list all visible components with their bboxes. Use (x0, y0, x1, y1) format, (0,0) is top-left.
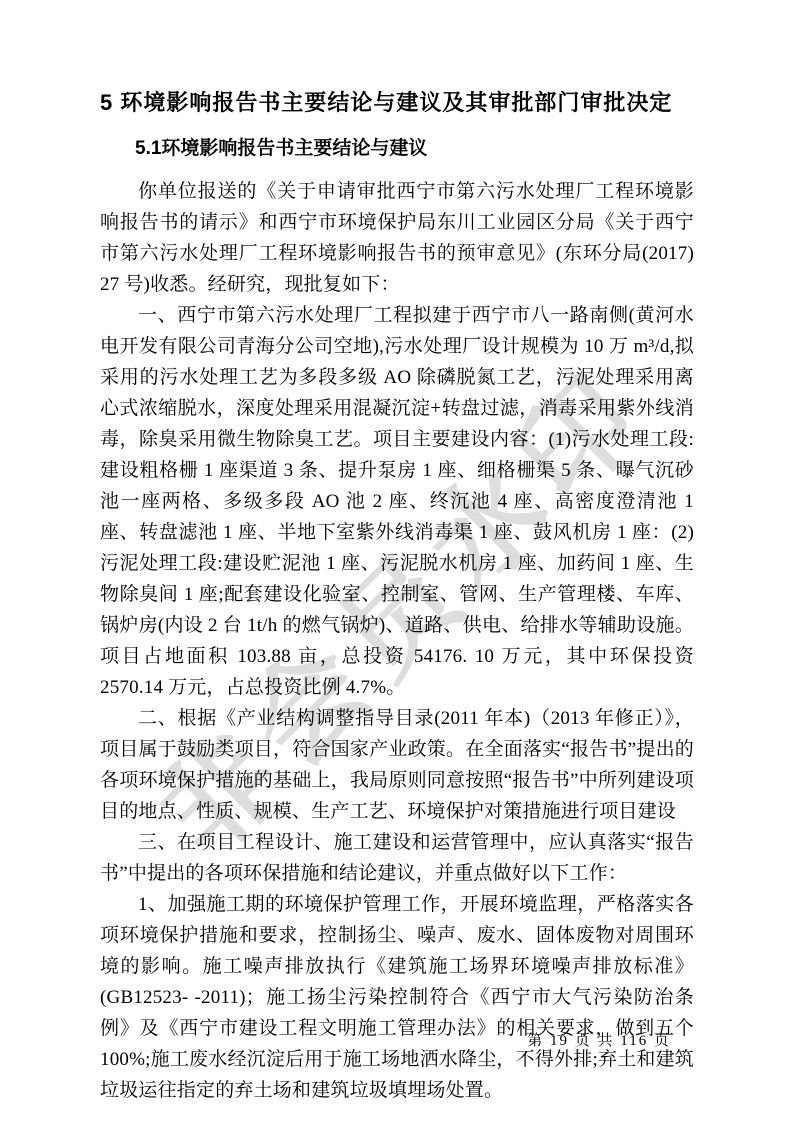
page-number-footer: 第 19 页 共 116 页 (527, 1032, 671, 1050)
paragraph-intro: 你单位报送的《关于申请审批西宁市第六污水处理厂工程环境影响报告书的请示》和西宁市… (100, 176, 694, 300)
paragraph-item-one: 一、西宁市第六污水处理厂工程拟建于西宁市八一路南侧(黄河水电开发有限公司青海分公… (100, 300, 694, 703)
paragraph-item-two: 二、根据《产业结构调整指导目录(2011 年本)（2013 年修正）》，项目属于… (100, 703, 694, 827)
document-page: 非会员水印 5 环境影响报告书主要结论与建议及其审批部门审批决定 5.1环境影响… (0, 0, 793, 1122)
paragraph-construction-requirements: 1、加强施工期的环境保护管理工作，开展环境监理，严格落实各项环境保护措施和要求，… (100, 889, 694, 1106)
section-heading: 5 环境影响报告书主要结论与建议及其审批部门审批决定 (100, 88, 694, 118)
document-content: 5 环境影响报告书主要结论与建议及其审批部门审批决定 5.1环境影响报告书主要结… (100, 88, 694, 1106)
subsection-heading: 5.1环境影响报告书主要结论与建议 (135, 137, 694, 161)
paragraph-item-three: 三、在项目工程设计、施工建设和运营管理中，应认真落实“报告书”中提出的各项环保措… (100, 827, 694, 889)
